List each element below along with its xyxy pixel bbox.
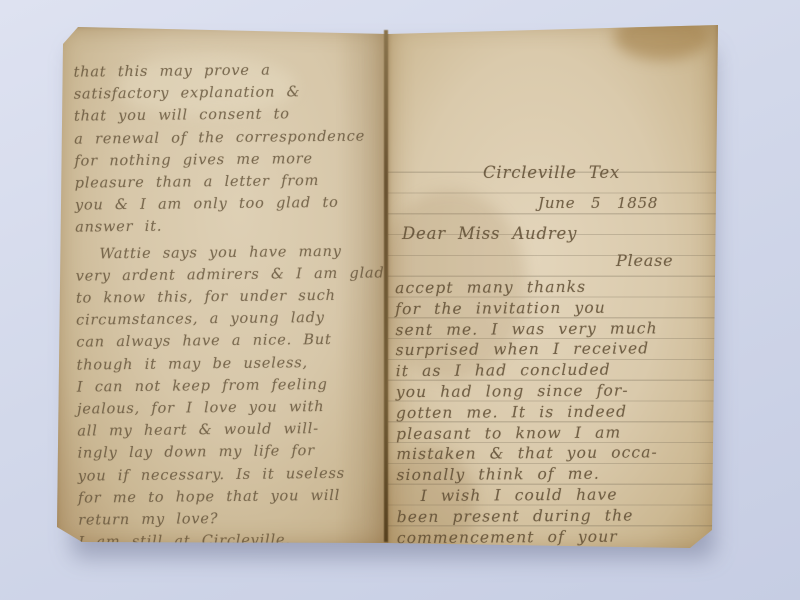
handwriting-line: answer it. xyxy=(75,214,377,239)
handwriting-line: you & I am only too glad to xyxy=(75,192,377,217)
handwriting-line: mistaken & that you occa- xyxy=(396,442,714,465)
letter-page-right: Circleville Tex June 5 1858 Dear Miss Au… xyxy=(388,22,718,552)
handwriting-line: you had long since for- xyxy=(396,380,714,403)
handwriting-line: accept many thanks xyxy=(395,276,713,299)
paper-stain xyxy=(614,12,710,60)
handwriting-line: return my love? xyxy=(78,506,380,531)
handwriting-line: that you will consent to xyxy=(74,103,376,128)
right-page-text: accept many thanks for the invitation yo… xyxy=(395,276,715,549)
handwriting-line: gotten me. It is indeed xyxy=(396,401,714,424)
handwriting-line: sionally think of me. xyxy=(396,463,714,486)
handwriting-line: can always have a nice. But xyxy=(76,329,378,354)
handwriting-line: pleasure than a letter from xyxy=(75,169,377,194)
handwriting-line: for nothing gives me more xyxy=(74,147,376,172)
letter-place: Circleville Tex xyxy=(483,163,620,182)
handwriting-line: all my heart & would will- xyxy=(77,418,379,443)
handwriting-line: you if necessary. Is it useless xyxy=(78,462,380,487)
photo-of-letter: that this may prove a satisfactory expla… xyxy=(0,0,800,600)
handwriting-line: pleasant to know I am xyxy=(396,421,714,444)
handwriting-line: though it may be useless, xyxy=(76,351,378,376)
handwriting-line: circumstances, a young lady xyxy=(76,307,378,332)
handwriting-line: very ardent admirers & I am glad xyxy=(76,262,378,287)
handwriting-line: a renewal of the correspondence xyxy=(74,125,376,150)
letter-opening-word: Please xyxy=(616,251,673,270)
handwriting-line: for the invitation you xyxy=(395,297,713,320)
handwriting-line: surprised when I received xyxy=(395,338,713,361)
handwriting-line: satisfactory explanation & xyxy=(74,81,376,106)
left-page-text: that this may prove a satisfactory expla… xyxy=(73,58,380,554)
handwriting-line: to know this, for under such xyxy=(76,284,378,309)
paragraph: that this may prove a satisfactory expla… xyxy=(73,58,377,239)
handwriting-line: I can not keep from feeling xyxy=(77,373,379,398)
handwriting-line: for me to hope that you will xyxy=(78,484,380,509)
handwriting-line: Wattie says you have many xyxy=(75,240,377,265)
handwriting-line: been present during the xyxy=(397,505,715,528)
fold-crease xyxy=(384,30,388,542)
handwriting-line: I wish I could have xyxy=(397,484,715,507)
handwriting-line: sent me. I was very much xyxy=(395,317,713,340)
letter-salutation: Dear Miss Audrey xyxy=(402,224,577,243)
handwriting-line: ingly lay down my life for xyxy=(77,440,379,465)
handwriting-line: that this may prove a xyxy=(73,58,375,83)
paragraph: Wattie says you have many very ardent ad… xyxy=(75,240,380,554)
letter-page-left: that this may prove a satisfactory expla… xyxy=(56,26,388,546)
letter-date: June 5 1858 xyxy=(538,194,658,212)
handwriting-line: it as I had concluded xyxy=(396,359,714,382)
handwriting-line: jealous, for I love you with xyxy=(77,395,379,420)
